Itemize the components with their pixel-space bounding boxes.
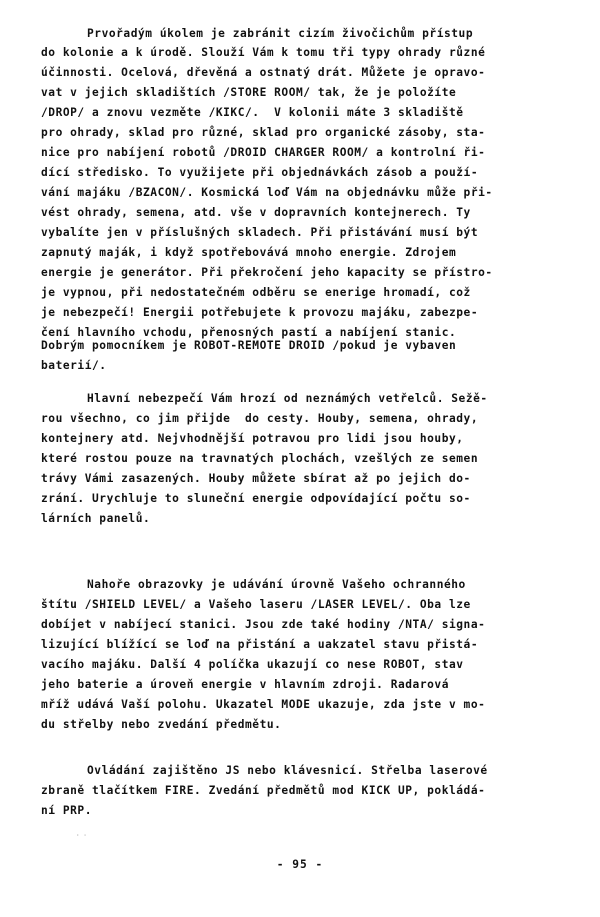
text-line: Hlavní nebezpečí Vám hrozí od neznámých … xyxy=(87,389,488,409)
text-line: vést ohrady, semena, atd. vše v dopravní… xyxy=(41,203,471,223)
text-line: zbraně tlačítkem FIRE. Zvedání předmětů … xyxy=(41,781,485,801)
text-line: lárních panelů. xyxy=(41,509,150,529)
text-line: energie je generátor. Při překročení jeh… xyxy=(41,263,493,283)
text-line: účinnosti. Ocelová, dřevěná a ostnatý dr… xyxy=(41,63,485,83)
text-line: du střelby nebo zvedání předmětu. xyxy=(41,715,281,735)
text-line: zapnutý maják, i když spotřebovává mnoho… xyxy=(41,243,456,263)
text-line: mříž udává Vaší polohu. Ukazatel MODE uk… xyxy=(41,695,485,715)
text-line: Prvořadým úkolem je zabránit cizím živoč… xyxy=(87,24,473,44)
text-line: zrání. Urychluje to sluneční energie odp… xyxy=(41,489,471,509)
scan-speck: · · xyxy=(76,832,87,839)
text-line: vání majáku /BZACON/. Kosmická loď Vám n… xyxy=(41,183,493,203)
text-line: které rostou pouze na travnatých plochác… xyxy=(41,449,478,469)
text-line: /DROP/ a znovu vezměte /KIKC/. V kolonii… xyxy=(41,103,464,123)
text-line: Dobrým pomocníkem je ROBOT-REMOTE DROID … xyxy=(41,336,456,356)
text-line: dobíjet v nabíjecí stanici. Jsou zde tak… xyxy=(41,615,485,635)
text-line: dící středisko. To využijete při objedná… xyxy=(41,163,478,183)
text-line: je vypnou, při nedostatečném odběru se e… xyxy=(41,283,471,303)
text-line: nice pro nabíjení robotů /DROID CHARGER … xyxy=(41,143,485,163)
text-line: vybalíte jen v příslušných skladech. Při… xyxy=(41,223,478,243)
text-line: Nahoře obrazovky je udávání úrovně Vašeh… xyxy=(87,575,466,595)
text-line: jeho baterie a úroveň energie v hlavním … xyxy=(41,675,449,695)
document-page: Prvořadým úkolem je zabránit cizím živoč… xyxy=(0,0,600,917)
text-line: je nebezpečí! Energii potřebujete k prov… xyxy=(41,303,478,323)
text-line: kontejnery atd. Nejvhodnější potravou pr… xyxy=(41,429,464,449)
page-number: - 95 - xyxy=(0,858,600,871)
text-line: vacího majáku. Další 4 políčka ukazují c… xyxy=(41,655,464,675)
text-line: lizující blížící se loď na přistání a ua… xyxy=(41,635,478,655)
text-line: Ovládání zajištěno JS nebo klávesnicí. S… xyxy=(87,761,488,781)
text-line: trávy Vámi zasazených. Houby můžete sbír… xyxy=(41,469,471,489)
text-line: štítu /SHIELD LEVEL/ a Vašeho laseru /LA… xyxy=(41,595,471,615)
text-line: do kolonie a k úrodě. Slouží Vám k tomu … xyxy=(41,43,485,63)
text-line: ní PRP. xyxy=(41,801,92,821)
text-line: pro ohrady, sklad pro různé, sklad pro o… xyxy=(41,123,485,143)
text-line: baterií/. xyxy=(41,356,107,376)
text-line: vat v jejich skladištích /STORE ROOM/ ta… xyxy=(41,83,456,103)
text-line: rou všechno, co jim přijde do cesty. Hou… xyxy=(41,409,478,429)
